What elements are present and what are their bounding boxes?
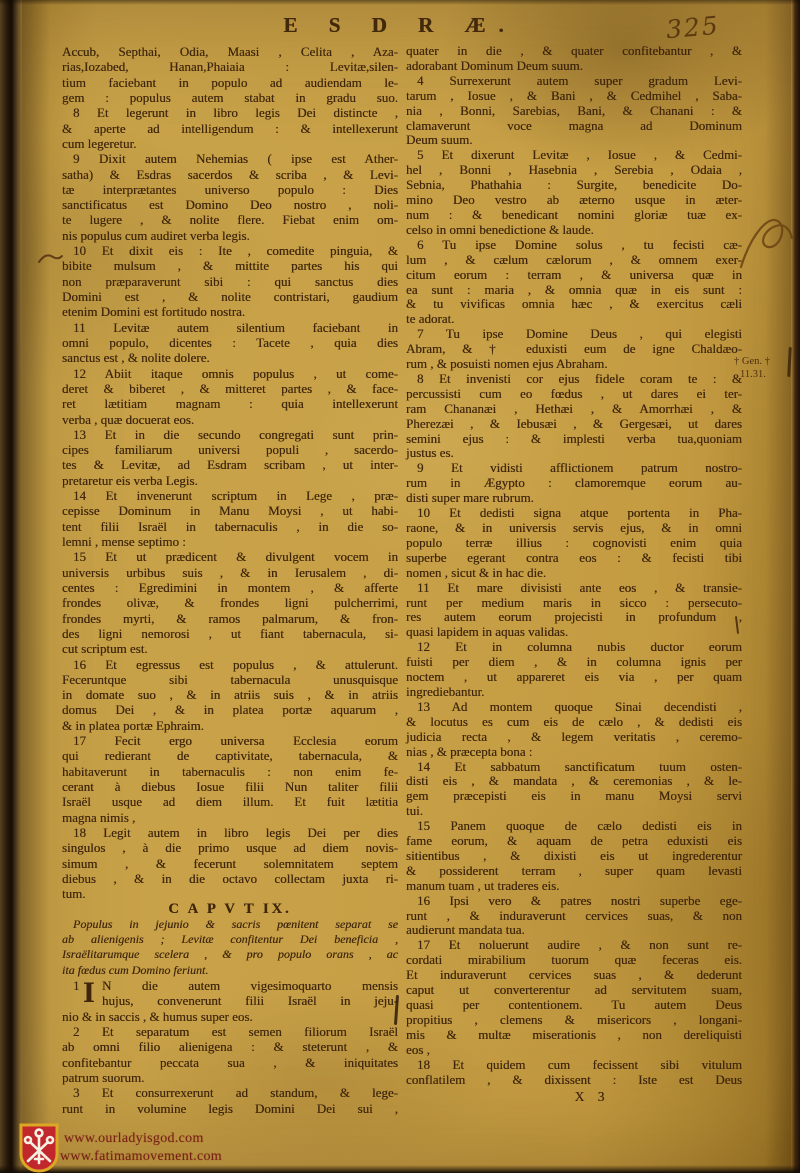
text-line: 4 Surrexerunt autem super gradum Levi- [406,74,742,89]
text-line: tæ interprætantes universo populo : Dies [62,182,398,197]
text-line: mis & multæ miserationis , non dereliqui… [406,1028,742,1043]
text-line: ab omni filio alienigena : & steterunt ,… [62,1039,398,1054]
text-line: Domini est , & nolite contristari, gaudi… [62,289,398,304]
text-line: res autem eorum projecisti in profundum … [406,610,742,625]
text-line: ea sunt : maria , & omnia quæ in eis sun… [406,283,742,298]
text-line: tarum , Iosue , & Bani , & Cedmihel , Sa… [406,89,742,104]
text-line: adorabant Dominum Deum suum. [406,59,742,74]
text-line: disti super mare rubrum. [406,491,742,506]
text-line: non præparaverunt sibi : qui sanctus die… [62,274,398,289]
text-line: cordati mirabilium tuorum quæ feceras ei… [406,953,742,968]
signature-mark: X 3 [406,1090,742,1105]
text-line: Israël usque ad diem illum. Et fuit læti… [62,794,398,809]
scanned-book-page: E S D R Æ. 325 Accub, Septhai, Odia, Maa… [0,0,800,1173]
text-line: 14 Et sabbatum sanctificatum tuum osten- [406,760,742,775]
text-line: 3 Et consurrexerunt ad standum, & lege- [62,1085,398,1100]
text-line: domus Dei , & in platea portæ aquarum , [62,702,398,717]
text-line: & aperte ad intelligendum : & intellexer… [62,121,398,136]
text-line: simum , & fecerunt solemnitatem septem [62,856,398,871]
text-line: nomen , sicut & in hac die. [406,566,742,581]
text-line: cipes familiarum universi populi , sacer… [62,442,398,457]
text-line: cum legeretur. [62,136,398,151]
text-line: cerant à diebus Iosue filii Nun taliter … [62,779,398,794]
text-line: disti eis , & mandata , & ceremonias , &… [406,774,742,789]
text-line: 13 Et in die secundo congregati sunt pri… [62,427,398,442]
text-line: in domate suo , & in atriis suis , & in … [62,687,398,702]
text-line: etenim Domini est fortitudo nostra. [62,304,398,319]
text-line: 18 Et quidem cum fecissent sibi vitulum [406,1058,742,1073]
text-line: ret lætitiam magnam : quia intellexerunt [62,396,398,411]
text-line: rum , & posuisti nomen ejus Abraham. [406,357,742,372]
text-line: 15 Et ut prædicent & divulgent vocem in [62,549,398,564]
chapter-summary-line: ita fœdus cum Domino feriunt. [62,963,398,978]
text-line: num : & benedicant nomini gloriæ tuæ ex- [406,208,742,223]
text-line: semini ejus : & implesti verba tua,quoni… [406,432,742,447]
text-line: Deum suum. [406,133,742,148]
chapter-summary-line: Israëlitarumque scelera , & pro populo o… [62,947,398,962]
text-line: 10 Et dedisti signa atque portenta in Ph… [406,506,742,521]
chapter-summary-line: ab alienigenis ; Levitæ confitentur Dei … [62,932,398,947]
text-line: justus es. [406,446,742,461]
text-line: clamaverunt voce magna ad Dominum [406,119,742,134]
text-line: frondes olivæ, & frondes ligni pulcherri… [62,595,398,610]
chapter-summary-line: Populus in jejunio & sacris pœnitent sep… [62,917,398,932]
text-line: nis populus cum audiret verba legis. [62,228,398,243]
text-line: rias,Iozabed, Hanan,Phaiaia : Levitæ,sil… [62,59,398,74]
handwritten-flourish-mark [737,207,795,277]
text-line: 11 Et mare divisisti ante eos , & transi… [406,581,742,596]
text-line: 13 Ad montem quoque Sinai decendisti , [406,700,742,715]
text-line: fame eorum, & aquam de petra eduxisti ei… [406,834,742,849]
text-line: nio & in saccis , & humus super eos. [62,1009,398,1024]
text-line: manum tuam , ut traderes eis. [406,879,742,894]
text-line: 18 Legit autem in libro legis Dei per di… [62,825,398,840]
text-line: sanctificatus est Domino Deo nostro , no… [62,197,398,212]
text-line: te adorat. [406,312,742,327]
page-right-edge [791,0,800,1173]
text-line: runt , & induraverunt cervices suas, & n… [406,909,742,924]
text-line: citum eorum : terram , & universa quæ in [406,268,742,283]
text-line: pretaretur eis verba Legis. [62,473,398,488]
text-line: celso in omni benedictione & laude. [406,223,742,238]
text-line: nia , Bonni, Sarebias, Bani, & Chanani :… [406,104,742,119]
text-line: & in platea portæ Ephraim. [62,718,398,733]
text-line: gem præcepisti eis in manu Moysi servi [406,789,742,804]
text-line: raone, & in universis servis ejus, & in … [406,521,742,536]
text-line: 6 Tu ipse Domine solus , tu fecisti cæ- [406,238,742,253]
text-line: 8 Et invenisti cor ejus fidele coram te … [406,372,742,387]
text-line: ram Chananæi , Hethæi , & Amorrhæi , & [406,402,742,417]
text-line: 15 Panem quoque de cælo dedisti eis in [406,819,742,834]
text-line: conflatilem , & dixissent : Iste est Deu… [406,1073,742,1088]
text-line: & tu vivificas omnia hæc , & exercitus c… [406,297,742,312]
text-line: tium faciebant in populo ad audiendam le… [62,75,398,90]
text-line: rum in Ægypto : clamoremque eorum au- [406,476,742,491]
margin-reference-line1: † Gen. † [734,355,796,368]
text-line: sitientibus , & dixisti eis ut ingredere… [406,849,742,864]
text-line: percussisti cum eo fœdus , ut dares ei t… [406,387,742,402]
text-line: bibite mulsum , & mittite partes his qui [62,258,398,273]
text-line: singulos , à die primo usque ad diem nov… [62,840,398,855]
text-line: runt in volumine legis Domini Dei sui , [62,1101,398,1116]
page-number: 325 [665,11,721,45]
text-line: 2 Et separatum est semen filiorum Israël [62,1024,398,1039]
text-line: qui redierant de captivitate, tabernacul… [62,748,398,763]
book-binding-edge [0,0,22,1173]
text-line-rest: N die autem vigesimoquarto mensis [102,978,398,993]
text-line: hujus, convenerunt filii Israël in jeju- [62,993,398,1008]
text-line: runt per medium maris in sicco : persecu… [406,596,742,611]
page-top-edge [0,0,800,5]
text-line: 14 Et invenerunt scriptum in Lege , præ- [62,488,398,503]
text-line: 11 Levitæ autem silentium faciebant in [62,320,398,335]
text-line: habitaverunt in tabernaculis : non enim … [62,764,398,779]
text-line: des ligni nemorosi , ut fiant tabernacul… [62,626,398,641]
text-line: mino Deo vestro ab æterno usque in æter- [406,193,742,208]
text-line: diebus , & in die octavo collectam juxta… [62,871,398,886]
text-line: fuisti per diem , & in columna ignis per [406,655,742,670]
text-line: frondes myrti, & ramos palmarum, & fron- [62,611,398,626]
crossed-keys-shield-logo [19,1123,59,1173]
text-line: patrum suorum. [62,1070,398,1085]
page-right-shadow [765,0,791,1173]
chapter-heading: C A P V T IX. [62,902,398,917]
text-line: deret & biberet , & mitteret partes , & … [62,381,398,396]
right-text-column: quater in die , & quater confitebantur ,… [406,44,742,1105]
text-line: tent filii Israël in tabernaculis , in d… [62,519,398,534]
handwritten-tilde-mark [38,250,64,266]
text-line: magna nimis , [62,810,398,825]
text-line: & possiderent terram , super quam levast… [406,864,742,879]
watermark-url-fatimamovement: www.fatimamovement.com [60,1149,222,1165]
binding-shadow [22,0,50,1173]
text-line: 16 Et egressus est populus , & attulerun… [62,657,398,672]
text-line: quater in die , & quater confitebantur ,… [406,44,742,59]
text-line: judicia recta , & legem veritatis , cere… [406,730,742,745]
text-line: satha) & Esdras sacerdos & scriba , & Le… [62,167,398,182]
text-line: 16 Ipsi vero & patres nostri superbe ege… [406,894,742,909]
text-line: verba , quæ docuerat eos. [62,412,398,427]
text-line: te lugere , & nolite flere. Fiebat enim … [62,212,398,227]
text-line: Feceruntque sibi tabernacula unusquisque [62,672,398,687]
text-line: hel , Bonni , Hasebnia , Serebia , Odaia… [406,163,742,178]
text-line: 17 Fecit ergo universa Ecclesia eorum [62,733,398,748]
text-line: 9 Dixit autem Nehemias ( ipse est Ather- [62,151,398,166]
text-line: & locutus es cum eis de cælo , & dedisti… [406,715,742,730]
text-line: 12 Abiit itaque omnis populus , ut come- [62,366,398,381]
text-line: audierunt mandata tua. [406,923,742,938]
text-line: universis urbibus suis , & in Ierusalem … [62,565,398,580]
text-line: Pherezæi , & Iebusæi , & Gergesæi, ut da… [406,417,742,432]
text-line: lum , & cælum cælorum , & omnem exer- [406,253,742,268]
text-line: nias , & præcepta bona : [406,745,742,760]
text-line: sanctus est , & nolite dolere. [62,350,398,365]
ink-blot-mark [394,995,399,1025]
text-line: 10 Et dixit eis : Ite , comedite pinguia… [62,243,398,258]
text-line: noctem , ut appareret eis via , per quam [406,670,742,685]
text-line: 9 Et vidisti afflictionem patrum nostro- [406,461,742,476]
text-line: tum. [62,886,398,901]
text-line: quasi per contentionem. Tu autem Deus [406,998,742,1013]
text-line: superbe egerant contra eos : & fecisti t… [406,551,742,566]
text-line: populo terræ illius : cognovisti enim qu… [406,536,742,551]
text-line: tes & Levitæ, ad Esdram scribam , ut int… [62,457,398,472]
text-line: 17 Et noluerunt audire , & non sunt re- [406,938,742,953]
text-line: centes : Egredimini in montem , & affert… [62,580,398,595]
text-line: 8 Et legerunt in libro legis Dei distinc… [62,105,398,120]
text-line: cepisse Dominum in Manu Moysi , ut habi- [62,503,398,518]
verse-number: 1 [73,978,80,993]
text-line: Accub, Septhai, Odia, Maasi , Celita , A… [62,44,398,59]
text-line: 7 Tu ipse Domine Deus , qui elegisti [406,327,742,342]
text-line: tui. [406,804,742,819]
text-line: Abram, & † eduxisti eum de igne Chaldæo- [406,342,742,357]
text-line: Sebnia, Phathahia : Surgite, benedicite … [406,178,742,193]
left-text-column: Accub, Septhai, Odia, Maasi , Celita , A… [62,44,398,1116]
text-line: lemni , mense septimo : [62,534,398,549]
text-line: propitius , clemens & misericors , longa… [406,1013,742,1028]
text-line: eos , [406,1043,742,1058]
text-line: ingrediebantur. [406,685,742,700]
text-line: caput ut converterentur ad servitutem su… [406,983,742,998]
text-line: gem : populus autem stabat in gradu suo. [62,90,398,105]
text-line: 12 Et in columna nubis ductor eorum [406,640,742,655]
text-line: cut scriptum est. [62,641,398,656]
text-line: quasi lapidem in aquas validas. [406,625,742,640]
text-line: omni populo, dicentes : Tacete , quia di… [62,335,398,350]
text-line: confitebantur peccata sua , & iniquitate… [62,1055,398,1070]
text-line: 1IN die autem vigesimoquarto mensis [62,978,398,993]
page-bottom-edge [0,1165,800,1173]
text-line: Et induraverunt cervices suas , & dederu… [406,968,742,983]
watermark-url-ourladyisgod: www.ourladyisgod.com [64,1131,204,1147]
text-line: 5 Et dixerunt Levitæ , Iosue , & Cedmi- [406,148,742,163]
